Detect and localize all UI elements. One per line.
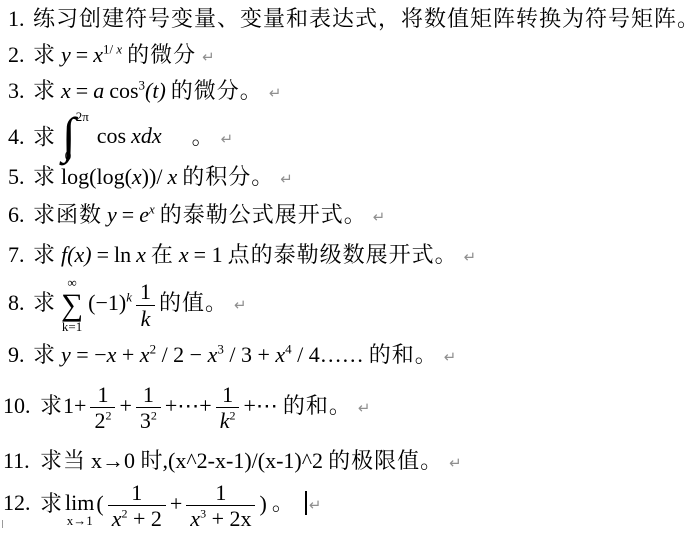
math-op: / 3 + (224, 342, 276, 367)
math-var: x (107, 342, 117, 367)
lower-limit: 0 (65, 149, 78, 162)
math-op: + (170, 490, 182, 515)
return-mark-icon: ↵ (444, 348, 457, 366)
item-text: 的和。 (283, 393, 352, 418)
math-var: x (275, 342, 285, 367)
item-text: 的积分。 (182, 164, 274, 189)
fraction: 132 (136, 382, 161, 434)
document-page: 1.练习创建符号变量、变量和表达式，将数值矩阵转换为符号矩阵。↵ 2.求y=x1… (0, 0, 693, 539)
math-function: cos (109, 78, 138, 103)
fraction-denominator: k (136, 306, 155, 331)
exercise-item-11[interactable]: 11.求当x→0 时,(x^2-x-1)/(x-1)^2的极限值。↵ (0, 446, 693, 478)
item-text: 练习创建符号变量、变量和表达式，将数值矩阵转换为符号矩阵。 (33, 6, 693, 31)
item-text: 的微分 (127, 42, 196, 67)
exercise-item-6[interactable]: 6.求函数y=ex的泰勒公式展开式。↵ (0, 200, 693, 232)
math-term: 1+ (63, 393, 86, 418)
return-mark-icon: ↵ (234, 296, 247, 314)
fraction: 1x2 + 2 (108, 480, 166, 532)
item-text: 求函数 (33, 202, 102, 227)
item-number: 9. (8, 340, 33, 370)
fraction-denominator: 22 (90, 408, 115, 433)
item-text: 求当 (40, 448, 86, 473)
math-var: x (93, 42, 103, 67)
math-op: +⋯ (243, 393, 277, 418)
exercise-item-2[interactable]: 2.求y=x1/ x的微分↵ (0, 40, 693, 72)
text-cursor (305, 491, 307, 515)
item-number: 4. (8, 122, 33, 152)
math-term: (x) (67, 242, 91, 267)
fraction: 122 (90, 382, 115, 434)
summation-operator: ∞∑k=1 (61, 276, 83, 334)
return-mark-icon: ↵ (269, 84, 282, 102)
item-number: 3. (8, 76, 33, 106)
item-text: 点的泰勒级数展开式。 (228, 242, 458, 267)
fraction-numerator: 1 (216, 382, 240, 408)
item-text: 的和。 (369, 342, 438, 367)
superscript: 1/ x (103, 42, 122, 57)
math-var: e (139, 202, 149, 227)
exercise-item-10[interactable]: 10.求1+122+132+⋯+1k2+⋯的和。↵ (0, 382, 693, 434)
math-var: x (167, 164, 177, 189)
math-term: x→0 时,(x^2-x-1)/(x-1)^2 (91, 448, 323, 473)
math-term: ))/ (142, 164, 163, 189)
item-number: 12. (3, 488, 40, 518)
exercise-item-4[interactable]: 4.求∫2π0cosxdx。↵ (0, 110, 693, 162)
exercise-item-3[interactable]: 3.求x=acos3(t)的微分。↵ (0, 76, 693, 108)
math-op: +⋯+ (165, 393, 212, 418)
exercise-item-1[interactable]: 1.练习创建符号变量、变量和表达式，将数值矩阵转换为符号矩阵。↵ (0, 4, 693, 36)
item-text: 在 (151, 242, 174, 267)
exercise-item-5[interactable]: 5.求log(log(x))/x的积分。↵ (0, 162, 693, 194)
return-mark-icon: ↵ (221, 130, 234, 148)
item-text: 求 (40, 393, 63, 418)
math-var: y (107, 202, 117, 227)
superscript: x (149, 202, 155, 217)
item-text: 求 (40, 490, 63, 515)
math-term: log(log( (61, 164, 132, 189)
math-var: x (136, 242, 146, 267)
limit-operator: limx→1 (65, 492, 94, 528)
exercise-item-8[interactable]: 8.求∞∑k=1(−1)k1k的值。↵ (0, 276, 693, 334)
math-var: x (132, 164, 142, 189)
exercise-list: 1.练习创建符号变量、变量和表达式，将数值矩阵转换为符号矩阵。↵ 2.求y=x1… (0, 0, 693, 531)
math-var: x (179, 242, 189, 267)
fraction-denominator: k2 (216, 408, 240, 433)
item-text: 求 (33, 290, 56, 315)
fraction: 1x3 + 2x (186, 480, 255, 532)
return-mark-icon: ↵ (358, 399, 371, 417)
exercise-item-9[interactable]: 9.求y = −x + x2 / 2 − x3 / 3 + x4 / 4……的和… (0, 340, 693, 372)
item-number: 1. (8, 4, 33, 34)
return-mark-icon: ↵ (464, 248, 477, 266)
upper-limit: 2π (76, 110, 89, 123)
math-function: ln (114, 242, 131, 267)
return-mark-icon: ↵ (309, 496, 322, 514)
math-op: = (76, 42, 88, 67)
item-number: 6. (8, 200, 33, 230)
item-number: 2. (8, 40, 33, 70)
item-text: 求 (33, 164, 56, 189)
item-number: 8. (8, 288, 33, 318)
return-mark-icon: ↵ (449, 454, 462, 472)
item-text: 的极限值。 (328, 448, 443, 473)
integral-limits: 2π0 (76, 110, 89, 162)
fraction-numerator: 1 (90, 382, 115, 408)
fraction-numerator: 1 (136, 382, 161, 408)
item-text: 求 (33, 42, 56, 67)
sigma-icon: ∑ (61, 290, 83, 319)
math-op: = (97, 242, 109, 267)
fraction-numerator: 1 (108, 480, 166, 506)
fraction-numerator: 1 (136, 279, 155, 305)
item-text: 求 (33, 242, 56, 267)
math-op: + (119, 393, 131, 418)
partial-paragraph-mark (2, 520, 3, 528)
math-var: y (61, 342, 71, 367)
exercise-item-12[interactable]: 12.求limx→1(1x2 + 2+1x3 + 2x)。↵ (0, 480, 693, 532)
math-op: = − (71, 342, 107, 367)
lower-limit: k=1 (61, 320, 83, 334)
return-mark-icon: ↵ (373, 208, 386, 226)
return-mark-icon: ↵ (202, 48, 215, 66)
exercise-item-7[interactable]: 7.求f(x)=lnx在x= 1点的泰勒级数展开式。↵ (0, 240, 693, 272)
math-paren: ) (259, 490, 266, 515)
fraction: 1k (136, 279, 155, 331)
math-op: / 4 (292, 342, 320, 367)
return-mark-icon: ↵ (280, 170, 293, 188)
math-op: = (76, 78, 88, 103)
math-term: (−1) (88, 290, 126, 315)
item-text: 。 (272, 490, 295, 515)
math-var: y (61, 42, 71, 67)
item-number: 11. (3, 446, 40, 476)
math-var: x (61, 78, 71, 103)
math-paren: ( (96, 490, 103, 515)
math-op: = (122, 202, 134, 227)
item-number: 7. (8, 240, 33, 270)
math-var: x (140, 342, 150, 367)
item-number: 10. (3, 391, 40, 421)
item-text: 。 (192, 124, 215, 149)
integral-expression: ∫2π0cosxdx (62, 110, 162, 162)
item-text: 求 (33, 342, 56, 367)
math-op: / 2 − (156, 342, 208, 367)
math-var: a (93, 78, 104, 103)
math-var: x (208, 342, 218, 367)
integrand: cosxdx (97, 121, 162, 151)
item-text: 的值。 (159, 290, 228, 315)
math-op: + (116, 342, 139, 367)
ellipsis: …… (320, 342, 364, 367)
lim-label: lim (65, 492, 94, 514)
superscript: k (126, 290, 132, 305)
fraction-denominator: x2 + 2 (108, 506, 166, 531)
math-op: = 1 (194, 242, 223, 267)
lim-subscript: x→1 (65, 514, 94, 528)
item-text: 的泰勒公式展开式。 (160, 202, 367, 227)
item-text: 求 (33, 78, 56, 103)
item-text: 的微分。 (171, 78, 263, 103)
item-number: 5. (8, 162, 33, 192)
fraction-denominator: x3 + 2x (186, 506, 255, 531)
math-term: (t) (145, 78, 166, 103)
fraction-numerator: 1 (186, 480, 255, 506)
fraction: 1k2 (216, 382, 240, 434)
item-text: 求 (33, 124, 56, 149)
fraction-denominator: 32 (136, 408, 161, 433)
